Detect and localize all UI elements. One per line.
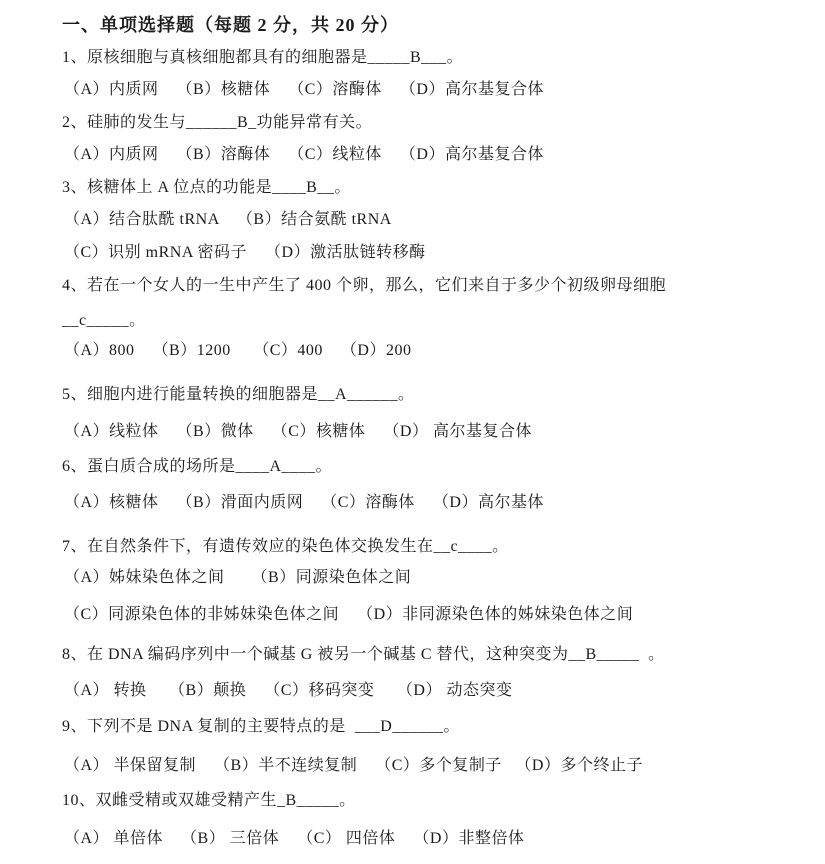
question-10-stem: 10、双雌受精或双雄受精产生_B_____。 bbox=[62, 790, 805, 812]
question-7-stem: 7、在自然条件下，有遗传效应的染色体交换发生在__c____。 bbox=[62, 536, 805, 558]
question-7-options-ab: （A）姊妹染色体之间 （B）同源染色体之间 bbox=[62, 567, 805, 589]
question-3-options-cd: （C）识别 mRNA 密码子 （D）激活肽链转移酶 bbox=[62, 242, 805, 264]
exam-page: 一、单项选择题（每题 2 分，共 20 分） 1、原核细胞与真核细胞都具有的细胞… bbox=[0, 0, 825, 864]
question-3-options-ab: （A）结合肽酰 tRNA （B）结合氨酰 tRNA bbox=[62, 209, 805, 231]
question-4-stem: 4、若在一个女人的一生中产生了 400 个卵，那么，它们来自于多少个初级卵母细胞 bbox=[62, 275, 805, 297]
question-9-options: （A） 半保留复制 （B）半不连续复制 （C）多个复制子 （D）多个终止子 bbox=[62, 755, 805, 777]
question-6-options: （A）核糖体 （B）滑面内质网 （C）溶酶体 （D）高尔基体 bbox=[62, 492, 805, 514]
question-2-options: （A）内质网 （B）溶酶体 （C）线粒体 （D）高尔基复合体 bbox=[62, 144, 805, 166]
question-2-stem: 2、硅肺的发生与______B_功能异常有关。 bbox=[62, 112, 805, 134]
question-9-stem: 9、下列不是 DNA 复制的主要特点的是 ___D______。 bbox=[62, 716, 805, 738]
question-8-stem: 8、在 DNA 编码序列中一个碱基 G 被另一个碱基 C 替代，这种突变为__B… bbox=[62, 644, 805, 666]
question-5-options: （A）线粒体 （B）微体 （C）核糖体 （D） 高尔基复合体 bbox=[62, 421, 805, 443]
question-10-options: （A） 单倍体 （B） 三倍体 （C） 四倍体 （D）非整倍体 bbox=[62, 828, 805, 850]
question-7-options-cd: （C）同源染色体的非姊妹染色体之间 （D）非同源染色体的姊妹染色体之间 bbox=[62, 604, 805, 626]
question-4-options: （A）800 （B）1200 （C）400 （D）200 bbox=[62, 340, 805, 362]
question-8-options: （A） 转换 （B）颠换 （C）移码突变 （D） 动态突变 bbox=[62, 680, 805, 702]
question-1-options: （A）内质网 （B）核糖体 （C）溶酶体 （D）高尔基复合体 bbox=[62, 79, 805, 101]
question-1-stem: 1、原核细胞与真核细胞都具有的细胞器是_____B___。 bbox=[62, 47, 805, 69]
question-3-stem: 3、核糖体上 A 位点的功能是____B__。 bbox=[62, 177, 805, 199]
question-6-stem: 6、蛋白质合成的场所是____A____。 bbox=[62, 456, 805, 478]
section-title: 一、单项选择题（每题 2 分，共 20 分） bbox=[62, 14, 805, 36]
question-5-stem: 5、细胞内进行能量转换的细胞器是__A______。 bbox=[62, 384, 805, 406]
question-4-stem-continued: __c_____。 bbox=[62, 310, 805, 332]
